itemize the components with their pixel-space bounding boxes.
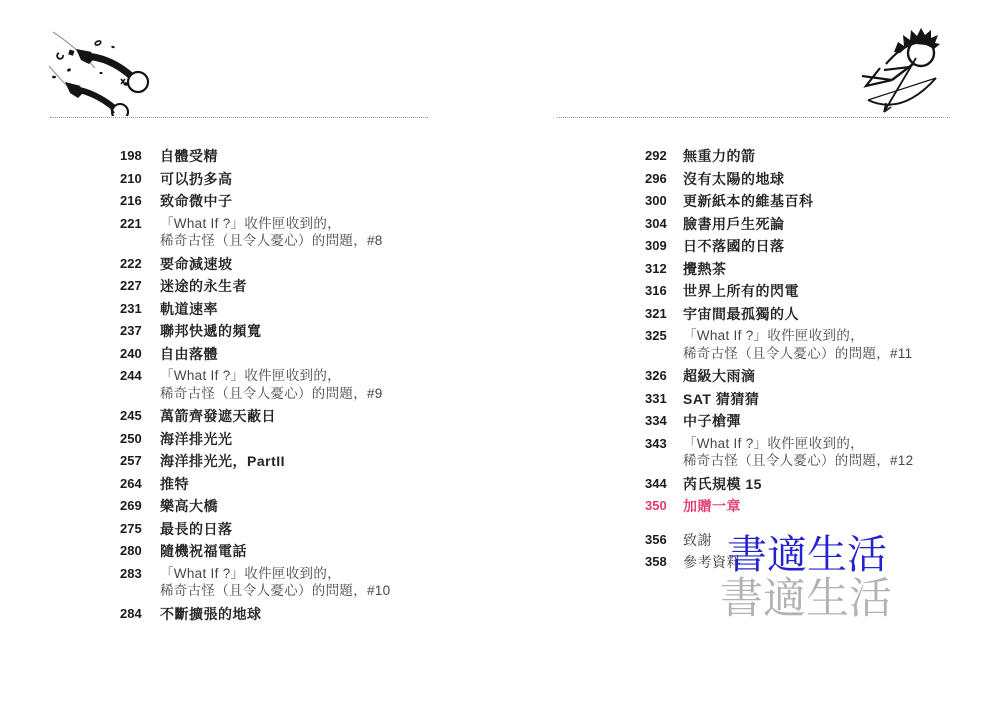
chapter-title: 推特 (160, 477, 460, 492)
toc-entry: 231軌道速率 (120, 302, 460, 317)
chapter-title-block: 「What If ?」收件匣收到的，稀奇古怪（且令人憂心）的問題，#11 (683, 329, 985, 361)
chapter-title: 海洋排光光，PartII (160, 454, 460, 469)
page-number: 316 (645, 284, 683, 299)
chapter-title: 「What If ?」收件匣收到的， (160, 217, 460, 232)
toc-entry: 237聯邦快遞的頻寬 (120, 324, 460, 339)
page-number: 222 (120, 257, 160, 272)
toc-entry: 280隨機祝福電話 (120, 544, 460, 559)
chapter-title-block: 聯邦快遞的頻寬 (160, 324, 460, 339)
chapter-title-block: 更新紙本的維基百科 (683, 194, 985, 209)
chapter-title: 芮氏規模 15 (683, 477, 985, 492)
toc-entry: 210可以扔多高 (120, 172, 460, 187)
chapter-title-block: 「What If ?」收件匣收到的，稀奇古怪（且令人憂心）的問題，#12 (683, 437, 985, 469)
chapter-title-block: 不斷擴張的地球 (160, 607, 460, 622)
archer-illustration (850, 20, 952, 118)
chapter-title-block: 臉書用戶生死論 (683, 217, 985, 232)
page-number: 326 (645, 369, 683, 384)
chapter-title-block: 「What If ?」收件匣收到的，稀奇古怪（且令人憂心）的問題，#8 (160, 217, 460, 249)
page-number: 356 (645, 533, 683, 548)
toc-entry: 312攪熱茶 (645, 262, 985, 277)
chapter-title: 無重力的箭 (683, 149, 985, 164)
chapter-title: 「What If ?」收件匣收到的， (683, 437, 985, 452)
chapter-title-block: 致謝 (683, 533, 985, 548)
page-number: 231 (120, 302, 160, 317)
toc-entry: 240自由落體 (120, 347, 460, 362)
page-number: 257 (120, 454, 160, 469)
balloon-arrows-illustration (45, 26, 170, 116)
chapter-title-block: 無重力的箭 (683, 149, 985, 164)
chapter-title-block: 要命減速坡 (160, 257, 460, 272)
chapter-title: 宇宙間最孤獨的人 (683, 307, 985, 322)
page-number: 244 (120, 369, 160, 384)
chapter-title-block: 「What If ?」收件匣收到的，稀奇古怪（且令人憂心）的問題，#9 (160, 369, 460, 401)
toc-entry: 227迷途的永生者 (120, 279, 460, 294)
toc-entry: 343「What If ?」收件匣收到的，稀奇古怪（且令人憂心）的問題，#12 (645, 437, 985, 469)
toc-entry: 316世界上所有的閃電 (645, 284, 985, 299)
toc-entry: 325「What If ?」收件匣收到的，稀奇古怪（且令人憂心）的問題，#11 (645, 329, 985, 361)
page-number: 304 (645, 217, 683, 232)
toc-entry: 304臉書用戶生死論 (645, 217, 985, 232)
chapter-title-block: 自由落體 (160, 347, 460, 362)
chapter-title-line2: 稀奇古怪（且令人憂心）的問題，#8 (160, 234, 460, 249)
chapter-title: 軌道速率 (160, 302, 460, 317)
chapter-title-line2: 稀奇古怪（且令人憂心）的問題，#12 (683, 454, 985, 469)
chapter-title-block: 海洋排光光 (160, 432, 460, 447)
chapter-title: 最長的日落 (160, 522, 460, 537)
page-number: 210 (120, 172, 160, 187)
chapter-title-block: 沒有太陽的地球 (683, 172, 985, 187)
chapter-title: 加贈一章 (683, 499, 985, 514)
toc-entry: 198自體受精 (120, 149, 460, 164)
toc-entry: 309日不落國的日落 (645, 239, 985, 254)
chapter-title-block: 可以扔多高 (160, 172, 460, 187)
toc-entry: 358參考資料 (645, 555, 985, 570)
page-number: 245 (120, 409, 160, 424)
page-number: 325 (645, 329, 683, 344)
page-number: 275 (120, 522, 160, 537)
chapter-title-block: 日不落國的日落 (683, 239, 985, 254)
toc-entry: 296沒有太陽的地球 (645, 172, 985, 187)
chapter-title: 自體受精 (160, 149, 460, 164)
toc-entry: 250海洋排光光 (120, 432, 460, 447)
chapter-title-block: 軌道速率 (160, 302, 460, 317)
chapter-title-block: 宇宙間最孤獨的人 (683, 307, 985, 322)
toc-entry: 356致謝 (645, 533, 985, 548)
page-number: 334 (645, 414, 683, 429)
toc-right-column: 292無重力的箭296沒有太陽的地球300更新紙本的維基百科304臉書用戶生死論… (645, 149, 985, 578)
page-number: 283 (120, 567, 160, 582)
page-number: 350 (645, 499, 683, 514)
toc-entry: 331SAT 猜猜猜 (645, 392, 985, 407)
chapter-title: 攪熱茶 (683, 262, 985, 277)
toc-entry: 222要命減速坡 (120, 257, 460, 272)
chapter-title-block: 芮氏規模 15 (683, 477, 985, 492)
chapter-title: 萬箭齊發遮天蔽日 (160, 409, 460, 424)
chapter-title: 隨機祝福電話 (160, 544, 460, 559)
toc-entry: 216致命微中子 (120, 194, 460, 209)
toc-left-column: 198自體受精210可以扔多高216致命微中子221「What If ?」收件匣… (120, 149, 460, 629)
page-number: 343 (645, 437, 683, 452)
chapter-title: 致命微中子 (160, 194, 460, 209)
page-number: 240 (120, 347, 160, 362)
page-number: 312 (645, 262, 683, 277)
chapter-title-block: 萬箭齊發遮天蔽日 (160, 409, 460, 424)
chapter-title: 可以扔多高 (160, 172, 460, 187)
chapter-title: 迷途的永生者 (160, 279, 460, 294)
chapter-title-block: 隨機祝福電話 (160, 544, 460, 559)
chapter-title: 參考資料 (683, 555, 985, 570)
chapter-title: 自由落體 (160, 347, 460, 362)
chapter-title-block: 致命微中子 (160, 194, 460, 209)
chapter-title-block: 自體受精 (160, 149, 460, 164)
chapter-title: SAT 猜猜猜 (683, 392, 985, 407)
page-number: 269 (120, 499, 160, 514)
page-number: 280 (120, 544, 160, 559)
page-number: 221 (120, 217, 160, 232)
chapter-title-block: 海洋排光光，PartII (160, 454, 460, 469)
toc-entry: 334中子槍彈 (645, 414, 985, 429)
chapter-title-block: 推特 (160, 477, 460, 492)
chapter-title-line2: 稀奇古怪（且令人憂心）的問題，#10 (160, 584, 460, 599)
left-page-divider (50, 117, 428, 118)
page-number: 250 (120, 432, 160, 447)
toc-entry: 321宇宙間最孤獨的人 (645, 307, 985, 322)
chapter-title: 「What If ?」收件匣收到的， (160, 567, 460, 582)
toc-entry: 275最長的日落 (120, 522, 460, 537)
chapter-title-block: 超級大雨滴 (683, 369, 985, 384)
toc-entry: 283「What If ?」收件匣收到的，稀奇古怪（且令人憂心）的問題，#10 (120, 567, 460, 599)
toc-entry: 264推特 (120, 477, 460, 492)
page-number: 237 (120, 324, 160, 339)
chapter-title: 中子槍彈 (683, 414, 985, 429)
page-number: 292 (645, 149, 683, 164)
page-number: 264 (120, 477, 160, 492)
page-number: 227 (120, 279, 160, 294)
page-number: 309 (645, 239, 683, 254)
chapter-title: 不斷擴張的地球 (160, 607, 460, 622)
page-number: 198 (120, 149, 160, 164)
page-number: 344 (645, 477, 683, 492)
chapter-title-block: 世界上所有的閃電 (683, 284, 985, 299)
toc-entry: 350加贈一章 (645, 499, 985, 514)
toc-entry: 257海洋排光光，PartII (120, 454, 460, 469)
chapter-title-block: 最長的日落 (160, 522, 460, 537)
right-page-divider (557, 117, 950, 118)
chapter-title: 聯邦快遞的頻寬 (160, 324, 460, 339)
chapter-title: 海洋排光光 (160, 432, 460, 447)
chapter-title-line2: 稀奇古怪（且令人憂心）的問題，#11 (683, 347, 985, 362)
chapter-title: 沒有太陽的地球 (683, 172, 985, 187)
chapter-title-line2: 稀奇古怪（且令人憂心）的問題，#9 (160, 387, 460, 402)
toc-entry: 269樂高大橋 (120, 499, 460, 514)
chapter-title-block: 樂高大橋 (160, 499, 460, 514)
chapter-title-block: SAT 猜猜猜 (683, 392, 985, 407)
toc-entry: 244「What If ?」收件匣收到的，稀奇古怪（且令人憂心）的問題，#9 (120, 369, 460, 401)
chapter-title: 更新紙本的維基百科 (683, 194, 985, 209)
chapter-title: 致謝 (683, 533, 985, 548)
chapter-title: 超級大雨滴 (683, 369, 985, 384)
toc-entry: 221「What If ?」收件匣收到的，稀奇古怪（且令人憂心）的問題，#8 (120, 217, 460, 249)
back-matter-group: 356致謝358參考資料 (645, 533, 985, 570)
chapter-title: 日不落國的日落 (683, 239, 985, 254)
chapter-title-block: 「What If ?」收件匣收到的，稀奇古怪（且令人憂心）的問題，#10 (160, 567, 460, 599)
chapter-title: 樂高大橋 (160, 499, 460, 514)
chapter-title: 世界上所有的閃電 (683, 284, 985, 299)
chapter-title-block: 攪熱茶 (683, 262, 985, 277)
page-number: 300 (645, 194, 683, 209)
chapter-title: 臉書用戶生死論 (683, 217, 985, 232)
toc-entry: 300更新紙本的維基百科 (645, 194, 985, 209)
chapter-title: 「What If ?」收件匣收到的， (160, 369, 460, 384)
page-number: 296 (645, 172, 683, 187)
page-number: 321 (645, 307, 683, 322)
page-number: 216 (120, 194, 160, 209)
chapter-title: 要命減速坡 (160, 257, 460, 272)
toc-entry: 326超級大雨滴 (645, 369, 985, 384)
toc-entry: 344芮氏規模 15 (645, 477, 985, 492)
page-number: 284 (120, 607, 160, 622)
chapter-title-block: 加贈一章 (683, 499, 985, 514)
page-number: 331 (645, 392, 683, 407)
toc-entry: 245萬箭齊發遮天蔽日 (120, 409, 460, 424)
chapter-title-block: 參考資料 (683, 555, 985, 570)
toc-entry: 284不斷擴張的地球 (120, 607, 460, 622)
chapter-title-block: 迷途的永生者 (160, 279, 460, 294)
page-number: 358 (645, 555, 683, 570)
chapter-title: 「What If ?」收件匣收到的， (683, 329, 985, 344)
chapter-title-block: 中子槍彈 (683, 414, 985, 429)
toc-entry: 292無重力的箭 (645, 149, 985, 164)
